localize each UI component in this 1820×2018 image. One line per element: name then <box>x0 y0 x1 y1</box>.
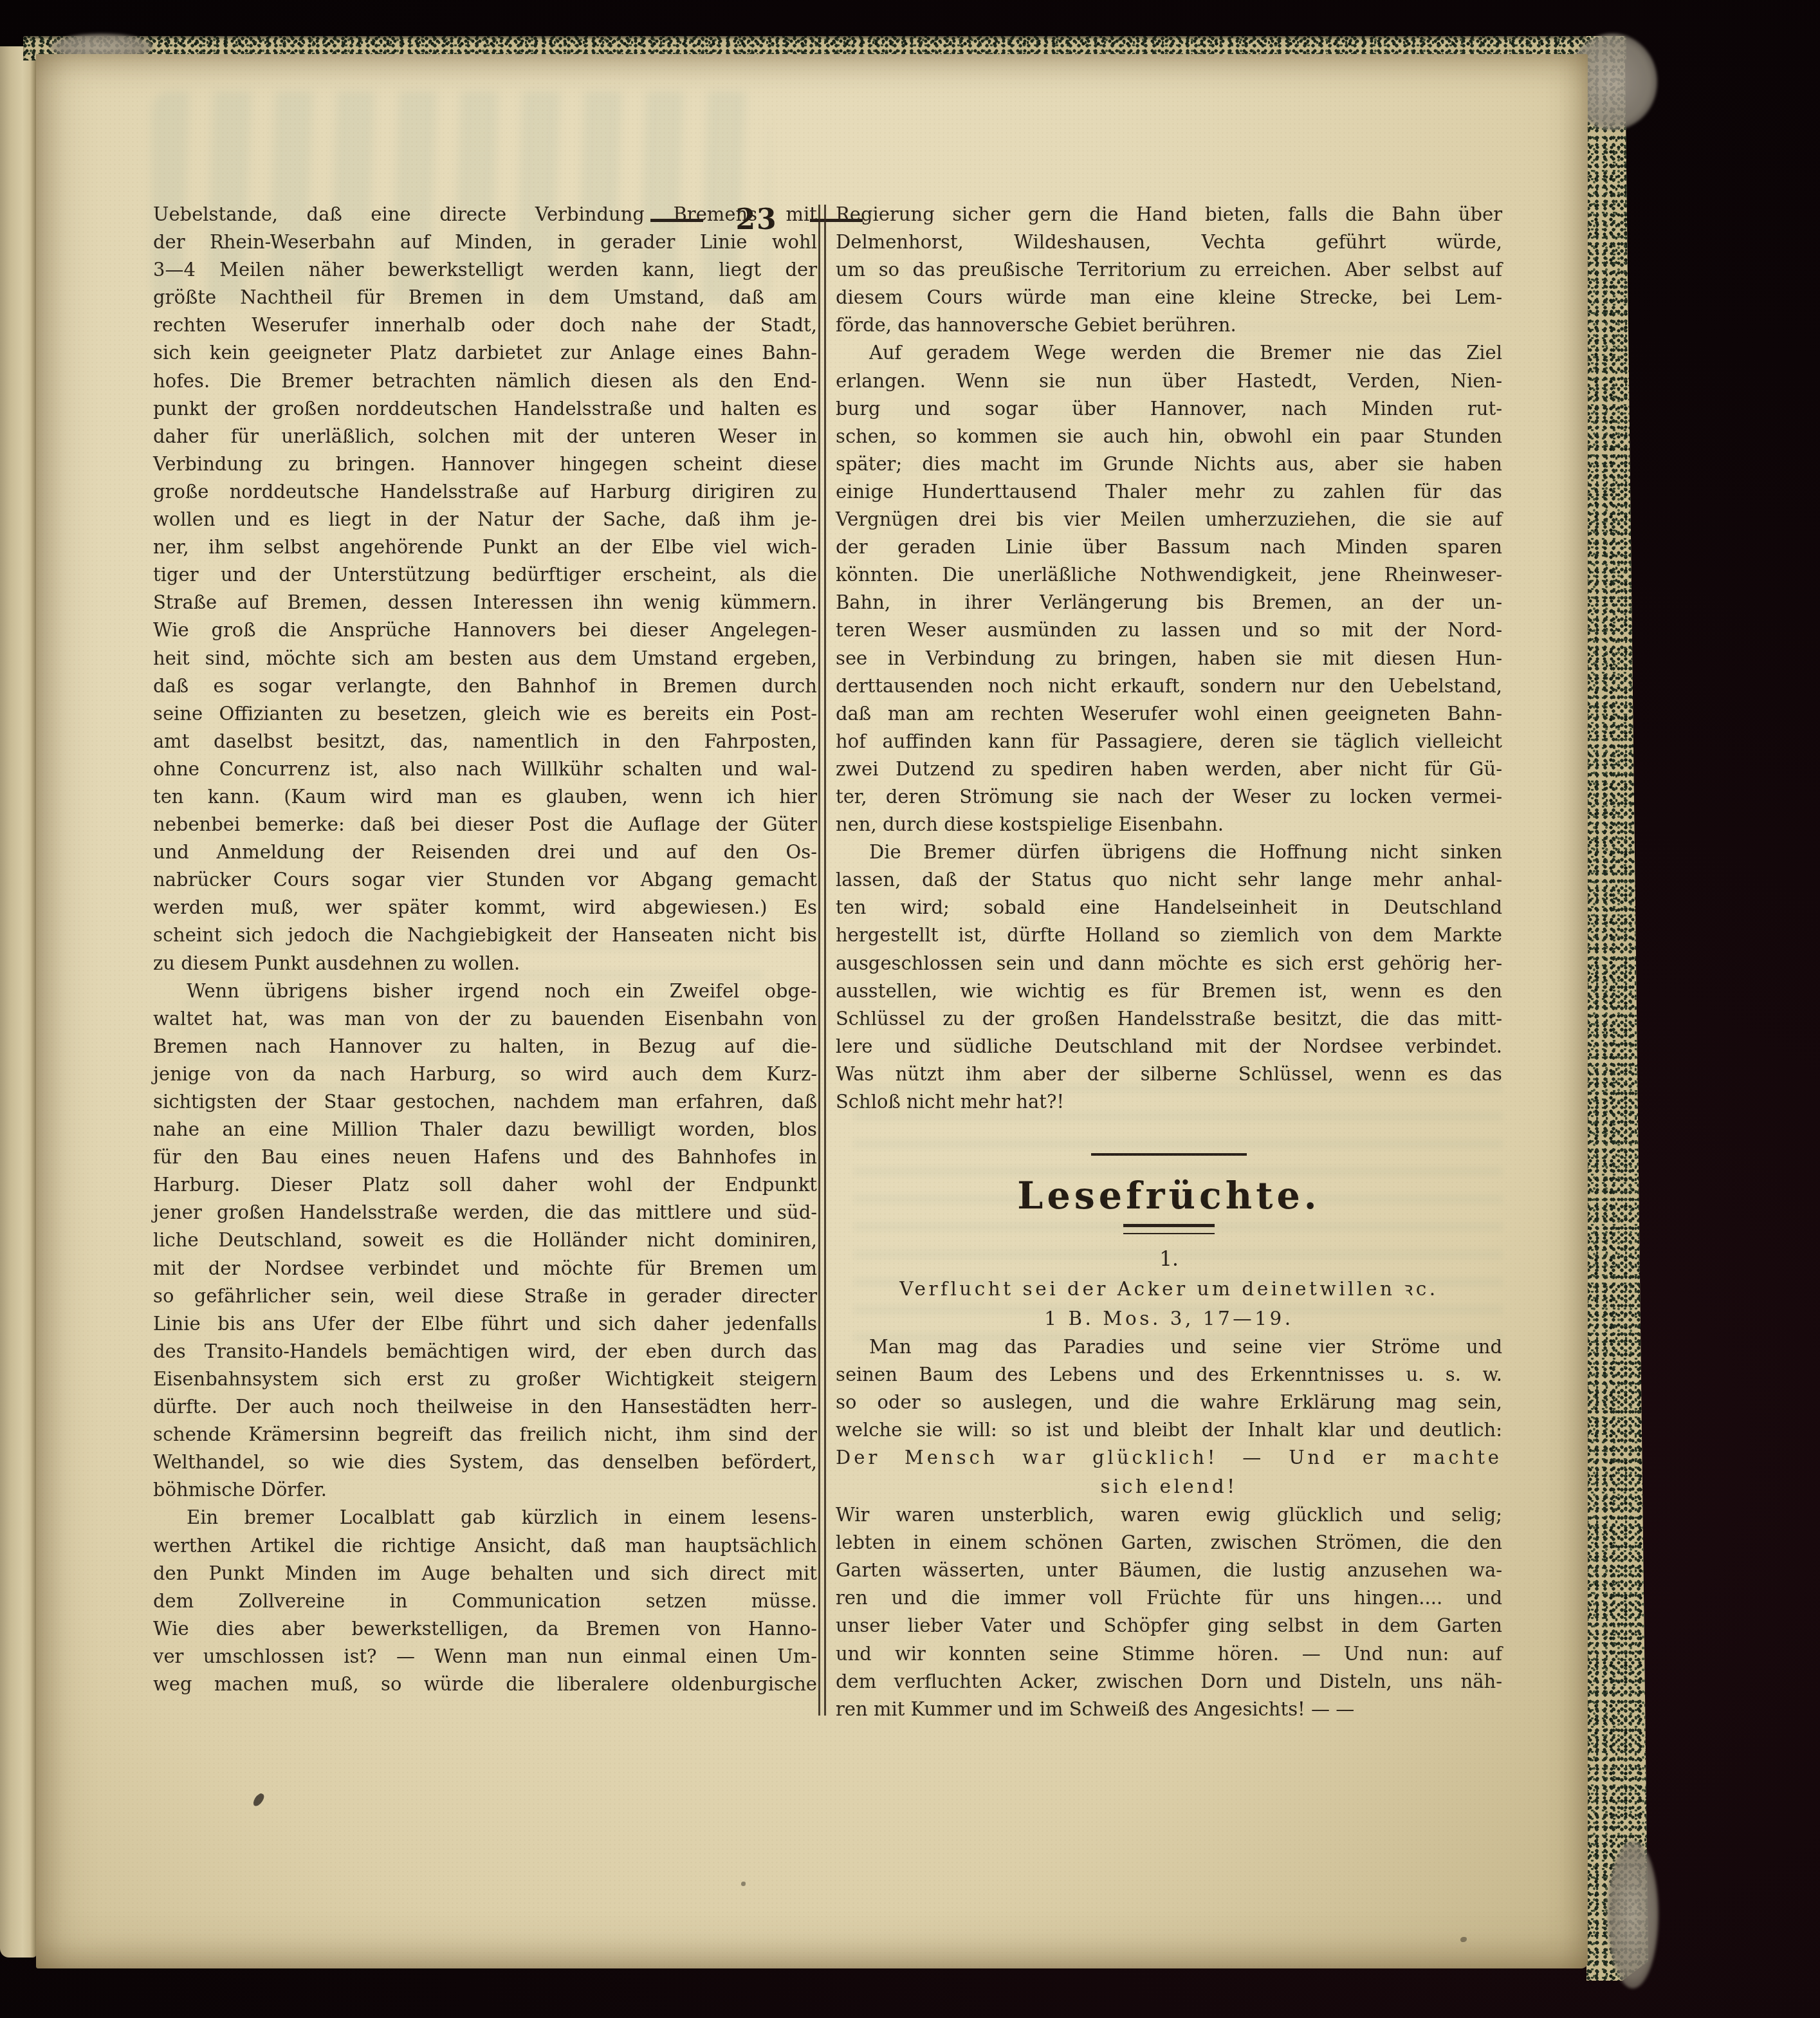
text-line: werden muß, wer später kommt, wird abgew… <box>153 894 817 921</box>
text-line: ohne Concurrenz ist, also nach Willkühr … <box>153 755 817 783</box>
text-line: ten wird; sobald eine Handelseinheit in … <box>836 894 1502 921</box>
text-line: einige Hunderttausend Thaler mehr zu zah… <box>836 478 1502 506</box>
text-line: hofes. Die Bremer betrachten nämlich die… <box>153 367 817 395</box>
page: 23 Uebelstande, daß eine directe Verbind… <box>36 54 1588 1968</box>
text-line: welche sie will: so ist und bleibt der I… <box>836 1416 1502 1444</box>
text-line: Welthandel, so wie dies System, das dens… <box>153 1449 817 1476</box>
text-line: teren Weser ausmünden zu lassen und so m… <box>836 616 1502 644</box>
text-line: des Transito-Handels bemächtigen wird, d… <box>153 1338 817 1365</box>
text-line: könnten. Die unerläßliche Nothwendigkeit… <box>836 561 1502 589</box>
text-line: ren und die immer voll Früchte für uns h… <box>836 1584 1502 1612</box>
text-line: Uebelstande, daß eine directe Verbindung… <box>153 201 817 228</box>
text-line: Was nützt ihm aber der silberne Schlüsse… <box>836 1060 1502 1088</box>
text-line: Delmenhorst, Wildeshausen, Vechta geführ… <box>836 228 1502 256</box>
text-line: amt daselbst besitzt, das, namentlich in… <box>153 728 817 755</box>
text-line: lassen, daß der Status quo nicht sehr la… <box>836 866 1502 894</box>
text-line: schende Krämersinn begreift das freilich… <box>153 1421 817 1449</box>
text-line: und Anmeldung der Reisenden drei und auf… <box>153 838 817 866</box>
text-line: Auf geradem Wege werden die Bremer nie d… <box>836 339 1502 367</box>
text-line: Verflucht sei der Acker um deinetwillen … <box>836 1274 1502 1304</box>
text-line: ausgeschlossen sein und dann möchte es s… <box>836 950 1502 977</box>
text-line: hof auffinden kann für Passagiere, deren… <box>836 728 1502 755</box>
text-line: Eisenbahnsystem sich erst zu großer Wich… <box>153 1365 817 1393</box>
text-line: punkt der großen norddeutschen Handelsst… <box>153 395 817 423</box>
text-line: große norddeutsche Handelsstraße auf Har… <box>153 478 817 506</box>
text-line: nebenbei bemerke: daß bei dieser Post di… <box>153 811 817 838</box>
text-line: waltet hat, was man von der zu bauenden … <box>153 1005 817 1033</box>
text-line: dürfte. Der auch noch theilweise in den … <box>153 1393 817 1421</box>
text-line: seinen Baum des Lebens und des Erkenntni… <box>836 1361 1502 1389</box>
text-line: sichtigsten der Staar gestochen, nachdem… <box>153 1088 817 1116</box>
left-text-column: Uebelstande, daß eine directe Verbindung… <box>153 201 817 1698</box>
text-line: see in Verbindung zu bringen, haben sie … <box>836 645 1502 672</box>
text-line: nabrücker Cours sogar vier Stunden vor A… <box>153 866 817 894</box>
text-line: sich kein geeigneter Platz darbietet zur… <box>153 339 817 367</box>
text-line: dem verfluchten Acker, zwischen Dorn und… <box>836 1668 1502 1696</box>
right-text-column: Regierung sicher gern die Hand bieten, f… <box>836 201 1502 1723</box>
text-line: seine Offizianten zu besetzen, gleich wi… <box>153 700 817 728</box>
text-line: sich elend! <box>836 1472 1502 1501</box>
text-line: lebten in einem schönen Garten, zwischen… <box>836 1529 1502 1557</box>
text-line: und wir konnten seine Stimme hören. — Un… <box>836 1640 1502 1668</box>
text-line: hergestellt ist, dürfte Holland so zieml… <box>836 921 1502 949</box>
text-line: Wie groß die Ansprüche Hannovers bei die… <box>153 616 817 644</box>
text-line: daher für unerläßlich, solchen mit der u… <box>153 423 817 450</box>
text-line: der geraden Linie über Bassum nach Minde… <box>836 533 1502 561</box>
text-line: Vergnügen drei bis vier Meilen umherzuzi… <box>836 506 1502 533</box>
board-fore-edge <box>1586 36 1648 1981</box>
text-line: Linie bis ans Ufer der Elbe führt und si… <box>153 1310 817 1338</box>
text-line: Garten wässerten, unter Bäumen, die lust… <box>836 1557 1502 1584</box>
text-line: diesem Cours würde man eine kleine Strec… <box>836 284 1502 311</box>
text-line: erlangen. Wenn sie nun über Hastedt, Ver… <box>836 367 1502 395</box>
text-line: burg und sogar über Hannover, nach Minde… <box>836 395 1502 423</box>
text-line: daß es sogar verlangte, den Bahnhof in B… <box>153 672 817 700</box>
ink-speck <box>252 1791 266 1808</box>
text-line: zwei Dutzend zu spediren haben werden, a… <box>836 755 1502 783</box>
text-line: Verbindung zu bringen. Hannover hingegen… <box>153 450 817 478</box>
text-line: 1. <box>836 1245 1502 1274</box>
text-line: ver umschlossen ist? — Wenn man nun einm… <box>153 1643 817 1671</box>
text-line: daß man am rechten Weserufer wohl einen … <box>836 700 1502 728</box>
text-line: scheint sich jedoch die Nachgiebigkeit d… <box>153 921 817 949</box>
text-line: Bahn, in ihrer Verlängerung bis Bremen, … <box>836 589 1502 616</box>
text-line: Die Bremer dürfen übrigens die Hoffnung … <box>836 838 1502 866</box>
ink-speck <box>1460 1937 1467 1942</box>
text-line: den Punkt Minden im Auge behalten und si… <box>153 1560 817 1588</box>
text-line: dem Zollvereine in Communication setzen … <box>153 1588 817 1615</box>
text-line: lere und südliche Deutschland mit der No… <box>836 1033 1502 1060</box>
text-line: so gefährlicher sein, weil diese Straße … <box>153 1282 817 1310</box>
text-line: ter, deren Strömung sie nach der Weser z… <box>836 783 1502 811</box>
text-line: jener großen Handelsstraße werden, die d… <box>153 1199 817 1227</box>
text-line: jenige von da nach Harburg, so wird auch… <box>153 1060 817 1088</box>
text-line: Wenn übrigens bisher irgend noch ein Zwe… <box>153 977 817 1005</box>
text-line: Schloß nicht mehr hat?! <box>836 1088 1502 1116</box>
text-line: zu diesem Punkt ausdehnen zu wollen. <box>153 950 817 977</box>
text-line: nen, durch diese kostspielige Eisenbahn. <box>836 811 1502 838</box>
text-line: liche Deutschland, soweit es die Holländ… <box>153 1227 817 1254</box>
text-line: Schlüssel zu der großen Handelsstraße be… <box>836 1005 1502 1033</box>
text-line: für den Bau eines neuen Hafens und des B… <box>153 1143 817 1171</box>
text-line: mit der Nordsee verbindet und möchte für… <box>153 1255 817 1282</box>
text-line: wollen und es liegt in der Natur der Sac… <box>153 506 817 533</box>
text-line: Man mag das Paradies und seine vier Strö… <box>836 1333 1502 1361</box>
text-line: schen, so kommen sie auch hin, obwohl ei… <box>836 423 1502 450</box>
text-line: böhmische Dörfer. <box>153 1476 817 1504</box>
text-line: Wir waren unsterblich, waren ewig glückl… <box>836 1501 1502 1529</box>
text-line: Bremen nach Hannover zu halten, in Bezug… <box>153 1033 817 1060</box>
text-line: Harburg. Dieser Platz soll daher wohl de… <box>153 1171 817 1199</box>
text-line: rechten Weserufer innerhalb oder doch na… <box>153 311 817 339</box>
text-line: ausstellen, wie wichtig es für Bremen is… <box>836 977 1502 1005</box>
text-line: 3—4 Meilen näher bewerkstelligt werden k… <box>153 256 817 284</box>
divider-rule <box>1091 1153 1247 1156</box>
text-line: so oder so auslegen, und die wahre Erklä… <box>836 1389 1502 1416</box>
text-line: weg machen muß, so würde die liberalere … <box>153 1671 817 1698</box>
text-line: Ein bremer Localblatt gab kürzlich in ei… <box>153 1504 817 1532</box>
text-line: der Rhein-Weserbahn auf Minden, in gerad… <box>153 228 817 256</box>
text-line: Straße auf Bremen, dessen Interessen ihn… <box>153 589 817 616</box>
scanned-book-page: 23 Uebelstande, daß eine directe Verbind… <box>0 0 1820 2018</box>
text-line: unser lieber Vater und Schöpfer ging sel… <box>836 1612 1502 1640</box>
text-line: tiger und der Unterstützung bedürftiger … <box>153 561 817 589</box>
text-line: derttausenden noch nicht erkauft, sonder… <box>836 672 1502 700</box>
text-line: nahe an eine Million Thaler dazu bewilli… <box>153 1116 817 1143</box>
text-line: förde, das hannoversche Gebiet berühren. <box>836 311 1502 339</box>
text-line: um so das preußische Territorium zu erre… <box>836 256 1502 284</box>
text-line: Wie dies aber bewerkstelligen, da Bremen… <box>153 1615 817 1643</box>
section-title: Lesefrüchte. <box>836 1175 1502 1217</box>
text-line: Der Mensch war glücklich! — Und er macht… <box>836 1444 1502 1472</box>
text-line: ren mit Kummer und im Schweiß des Angesi… <box>836 1696 1502 1723</box>
text-line: werthen Artikel die richtige Ansicht, da… <box>153 1532 817 1560</box>
text-line: ner, ihm selbst angehörende Punkt an der… <box>153 533 817 561</box>
column-divider <box>818 205 826 1716</box>
text-line: Regierung sicher gern die Hand bieten, f… <box>836 201 1502 228</box>
worn-cover-patch <box>1607 1840 1659 1988</box>
book-gutter-page-edge <box>0 46 37 1958</box>
ink-speck <box>741 1882 746 1886</box>
divider-rule <box>1123 1224 1215 1234</box>
text-line: 1 B. Mos. 3, 17—19. <box>836 1304 1502 1333</box>
text-line: größte Nachtheil für Bremen in dem Umsta… <box>153 284 817 311</box>
text-line: heit sind, möchte sich am besten aus dem… <box>153 645 817 672</box>
text-line: später; dies macht im Grunde Nichts aus,… <box>836 450 1502 478</box>
text-line: ten kann. (Kaum wird man es glauben, wen… <box>153 783 817 811</box>
